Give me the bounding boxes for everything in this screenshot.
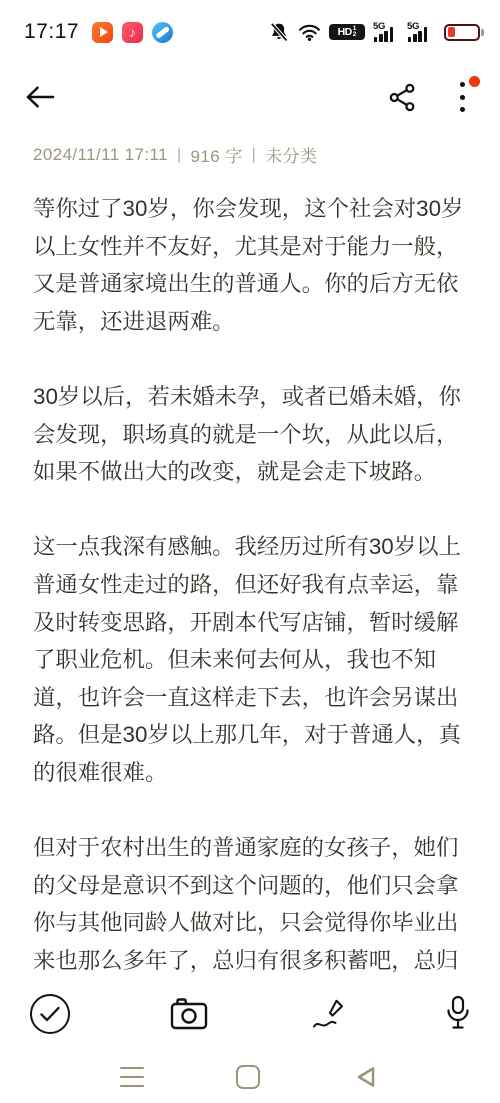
video-app-icon	[92, 22, 113, 43]
handwriting-pen-icon	[307, 994, 347, 1034]
menu-dot	[460, 107, 465, 112]
browser-app-icon	[152, 22, 173, 43]
signal-5g-sim2: 5G	[407, 22, 433, 42]
muted-bell-icon	[268, 21, 290, 43]
status-bar-left: 17:17 ♪	[24, 20, 173, 44]
note-word-count: 916 字	[191, 142, 243, 167]
note-paragraph: 但对于农村出生的普通家庭的女孩子，她们的父母是意识不到这个问题的，他们只会拿你与…	[33, 829, 467, 979]
menu-dot	[460, 95, 465, 100]
wifi-icon	[298, 22, 321, 42]
meta-separator: |	[177, 146, 182, 164]
meta-separator: |	[252, 146, 257, 164]
play-triangle-icon	[100, 27, 108, 37]
handwriting-button[interactable]	[307, 994, 347, 1034]
note-content[interactable]: 等你过了30岁，你会发现，这个社会对30岁以上女性并不友好，尤其是对于能力一般，…	[33, 190, 467, 985]
signal-bars	[374, 27, 393, 42]
more-menu-button[interactable]	[452, 80, 472, 114]
back-button[interactable]	[22, 81, 58, 113]
music-note-glyph: ♪	[129, 25, 136, 40]
browser-swoosh	[155, 26, 170, 39]
note-datetime: 2024/11/11 17:11	[33, 145, 168, 165]
back-triangle-icon	[352, 1063, 380, 1091]
back-arrow-icon	[22, 81, 58, 113]
header-bar	[0, 68, 500, 126]
sim2-number: 2	[353, 32, 357, 39]
note-meta: 2024/11/11 17:11 | 916 字 | 未分类	[33, 142, 480, 167]
header-actions	[389, 80, 478, 114]
signal-bars	[408, 27, 427, 42]
nav-home-button[interactable]	[236, 1065, 260, 1089]
android-nav-bar	[0, 1051, 500, 1103]
todo-check-icon	[28, 992, 72, 1036]
note-paragraph: 等你过了30岁，你会发现，这个社会对30岁以上女性并不友好，尤其是对于能力一般，…	[33, 190, 467, 340]
hd-label: HD	[338, 26, 352, 38]
signal-5g-sim1: 5G	[373, 22, 399, 42]
status-bar: 17:17 ♪ HD 1 2	[0, 0, 500, 58]
note-toolbar	[0, 986, 500, 1042]
todo-check-button[interactable]	[28, 992, 72, 1036]
hd-volte-badge: HD 1 2	[329, 24, 365, 40]
share-icon	[389, 83, 416, 112]
battery-nub	[481, 29, 485, 36]
notification-badge	[469, 76, 480, 87]
menu-hamburger-icon	[120, 1067, 144, 1070]
nav-menu-button[interactable]	[120, 1067, 144, 1088]
microphone-icon	[444, 994, 472, 1034]
clock-time: 17:17	[24, 20, 79, 44]
menu-dot	[460, 82, 465, 87]
note-category[interactable]: 未分类	[265, 142, 317, 167]
battery-low-icon	[444, 24, 480, 41]
notes-app-screen: 17:17 ♪ HD 1 2	[0, 0, 500, 1103]
share-button[interactable]	[389, 83, 416, 112]
nav-back-button[interactable]	[352, 1063, 380, 1091]
hd-sim-numbers: 1 2	[353, 26, 357, 39]
status-bar-right: HD 1 2 5G 5G	[268, 21, 480, 43]
music-app-icon: ♪	[122, 22, 143, 43]
voice-memo-button[interactable]	[444, 994, 472, 1034]
home-square-icon	[236, 1065, 260, 1089]
note-paragraph: 30岁以后，若未婚未孕，或者已婚未婚，你会发现，职场真的就是一个坎，从此以后，如…	[33, 378, 467, 491]
battery-fill	[448, 27, 455, 37]
camera-icon	[169, 996, 209, 1032]
camera-button[interactable]	[169, 996, 209, 1032]
note-paragraph: 这一点我深有感触。我经历过所有30岁以上普通女性走过的路，但还好我有点幸运，靠及…	[33, 528, 467, 791]
